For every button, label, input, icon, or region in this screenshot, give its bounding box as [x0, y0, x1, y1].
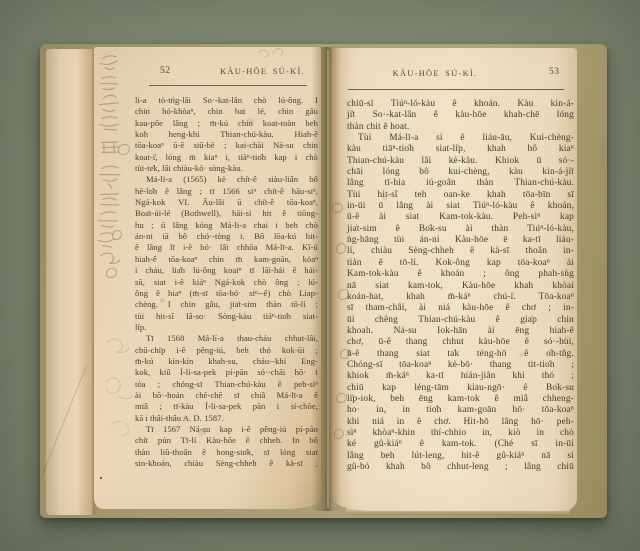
text-line: tùi-te̍k, lâi chiàu-kò· sòng-kàu. — [135, 163, 318, 174]
text-line: li̍p-iok,behēngkam-tokêmiâchheng- — [347, 394, 574, 405]
text-line: kok,kiûÍ-lí-sa-pekpí-pānsó·-chāihō·i — [135, 367, 318, 378]
text-line: kégû-kiáⁿêkam-tok.(Chésīin-ūi — [347, 439, 574, 450]
text-line: hu;ūlângkóngMá-li-achaiibehchò — [135, 220, 318, 231]
text-line: thànliû-thoânêhong-sio̍k,sīlóngsiat — [135, 447, 318, 458]
right-running-head: KÀU-HŌE SÚ-KÌ. — [375, 69, 495, 78]
text-line: lí-atò-tńg-lâiSo·-kat-lânchòlú-ông.I — [135, 95, 318, 106]
text-line: nāsiatkam-tok,Kàu-hōekhahkhòai — [347, 281, 574, 292]
text-line: ū-êthangsiatta̍kténg-hōêo̍h-tn̂g. — [347, 349, 574, 360]
text-line: Chóng-sītōa-koaⁿkè-bō·thangtit-tio̍h; — [347, 360, 574, 371]
text-line: khiokm̄-káⁿka-tīhián-jiânkhìthó; — [347, 371, 574, 382]
text-line: ūichêngThian-chú-kàuêgia̍pchin — [347, 315, 574, 326]
text-line: êlânglīi-êbó·lâichhōaMá-lī-a.Kî-û — [135, 242, 318, 253]
left-header-rule — [149, 85, 307, 86]
text-line: hiah-êtōa-koaⁿchinm̄kam-goān,kóaⁿ — [135, 254, 318, 265]
text-line: kàutiāⁿ-tio̍hsiat-li̍p,khahbôkiaⁿ — [347, 144, 574, 155]
text-line: chāilóngbôkui-chèng,kàukin-á-ji̍t — [347, 167, 574, 178]
text-line: sin-khoán,chiàuSèng-chhehêkà-sī; — [135, 458, 318, 469]
text-line: chiū-sīTiúⁿ-ló-kàuêkhoán.Kàukin-á- — [347, 99, 574, 110]
text-line: chơ,ū-êthangchhutkàu-hōeêsó·-hùi, — [347, 337, 574, 348]
text-line: hē-lo̍hêlâng;tī1566siⁿchi̍t-êhāu-siⁿ, — [135, 186, 318, 197]
text-line: kā i thâi-thâu A. D. 1587. — [135, 413, 318, 424]
text-line: kau-pôelâng;m̄-kúchinkoat-toànbeh — [135, 118, 318, 129]
text-line: ôngêhiaⁿ(m̄-sītōa-bó·siⁿ--ê)chòLiap- — [135, 288, 318, 299]
text-line: ǹg-bāngtùián-niKàu-hōeēka-tīliáu- — [347, 235, 574, 246]
text-line: koán-hat,khahm̄-káⁿchú-i̍.Tōa-koaⁿ — [347, 292, 574, 303]
text-line: lângtī-hiaiú-goânthànThian-chú-kàu. — [347, 178, 574, 189]
marginalia-text: 治理教會冊摩里帝佛乙 — [0, 0, 1, 1]
text-line: án-niiābôchó·-tòngi.Bôlōa-kúhit- — [135, 231, 318, 242]
right-page-number: 53 — [549, 67, 560, 77]
text-line: sītham-châi,àiniákàu-hōeêchơ;in- — [347, 303, 574, 314]
text-line: tōa-koaⁿū-êsiū-bê;kai-chàiNá-suchin — [135, 140, 318, 151]
text-line: chi̍tpúnTī-líKàu-hōeêchheh.Inbô — [135, 435, 318, 446]
text-line: Tùihit-sîtehoan-kekhahtōa-bīnsī — [347, 190, 574, 201]
text-line: TùiMá-lī-asíêliáu-āu,Kui-chèng- — [347, 133, 574, 144]
text-line: chèng.Ichingâu,jia̍t-simthàntō-lí; — [135, 299, 318, 310]
book-gutter-highlight — [327, 50, 329, 508]
text-line: jia̍t-simêBo̍k-suàithànTiúⁿ-ló-kàu, — [347, 224, 574, 235]
photographed-book-scan: 52 KÀU-HŌE SÚ-KÌ. KÀU-HŌE SÚ-KÌ. 53 lí-a… — [0, 0, 640, 551]
text-line: ū-êàisiatKam-tok-kàu.Peh-sìⁿkap — [347, 212, 574, 223]
text-line: tòa;chóng-sīThian-chú-kàuêpeh-sìⁿ — [135, 379, 318, 390]
left-page-number: 52 — [160, 66, 171, 76]
text-line: in-ūiūlângàisiatTiúⁿ-ló-kàuêkhoán, — [347, 201, 574, 212]
text-line: sìⁿkhòaⁿ-khinthí-chhioin,kiòinchò — [347, 428, 574, 439]
text-line: lângbehlút-leng,hit-êgû-kiáⁿnāsí — [347, 451, 574, 462]
left-running-head: KÀU-HŌE SÚ-KÌ. — [200, 67, 325, 76]
text-line: thàn chit ê hoat. — [347, 122, 574, 133]
text-line: m̄-kúkín-kínkhah-su,cháu--khìEng- — [135, 356, 318, 367]
text-line: chiūkapléng-tāmkiau-ngō·êBo̍k-su — [347, 383, 574, 394]
text-line: li̍p. — [135, 322, 318, 333]
text-line: Kam-tok-kàuêkhoán;ôngphah-sǹg — [347, 269, 574, 280]
text-line: tiánêtō-lí.Kok-ôngkaptōa-koaⁿài — [347, 258, 574, 269]
text-line: khìniáinêchơ.Hit-hōlânghō·peh- — [347, 417, 574, 428]
text-line: gû-bókhahbôchhut-leng;lângchiū — [347, 462, 574, 473]
text-line: ji̍tSo·-kat-lânêkàu-hōekhah-chēlóng — [347, 110, 574, 121]
text-line: kohheng-khíThian-chú-kàu.Hiah-ê — [135, 129, 318, 140]
right-page-body-text: chiū-sīTiúⁿ-ló-kàuêkhoán.Kàukin-á-ji̍tSo… — [347, 99, 574, 473]
text-line: Má-li-a(1565)kèchi̍t-êsiàu-liânbô — [135, 174, 318, 185]
text-line: koat-i̍,lóngm̄kiaⁿi,tiāⁿ-tio̍hkapichò — [135, 152, 318, 163]
text-line: miâ;tī-kàuÍ-li-sa-pekpānisí-chōe, — [135, 401, 318, 412]
text-line: Boa̍t-úi-lé(Bothwell),hāi-síhitêtiōng- — [135, 208, 318, 219]
text-line: chinhó-khòaⁿ,chinbatlé,chingâu — [135, 106, 318, 117]
text-line: Ngá-kokVI.Āu-lâiūchi̍t-êtōa-koaⁿ, — [135, 197, 318, 208]
text-line: Tī1568Má-lí-athau-cháuchhut-lâi, — [135, 333, 318, 344]
text-line: khoah.Ná-suIok-hānàiēnghiah-ê — [347, 326, 574, 337]
left-page-body-text: lí-atò-tńg-lâiSo·-kat-lânchòlú-ông.Ichin… — [135, 95, 318, 469]
text-line: tùihit-sîIâ-so·Sòng-kàutiāⁿ-tio̍hsiat- — [135, 311, 318, 322]
text-line: Tī1567Ná-sukapi-êpêng-iúpí-pān — [135, 424, 318, 435]
text-line: ho·in,intio̍hkam-goānhō·tōa-koaⁿ — [347, 405, 574, 416]
text-line: chū-chi̍pi-êpêng-iú,behthókok-ūi; — [135, 345, 318, 356]
text-line: Thian-chú-kàulâikè-kàu.Khiokūsó·- — [347, 156, 574, 167]
text-line: àibō·-hoánchē-chēsīchiâMá-lī-aê — [135, 390, 318, 401]
text-line: lí,chiàuSèng-chhehêkà-sīthoânin- — [347, 246, 574, 257]
text-line: icháu,lia̍hlú-ôngkoaiⁿtīlāi-háiêhái- — [135, 265, 318, 276]
text-line: sū,siati-êkiáⁿNgá-kokchòông;lú- — [135, 277, 318, 288]
right-header-rule — [348, 89, 564, 90]
